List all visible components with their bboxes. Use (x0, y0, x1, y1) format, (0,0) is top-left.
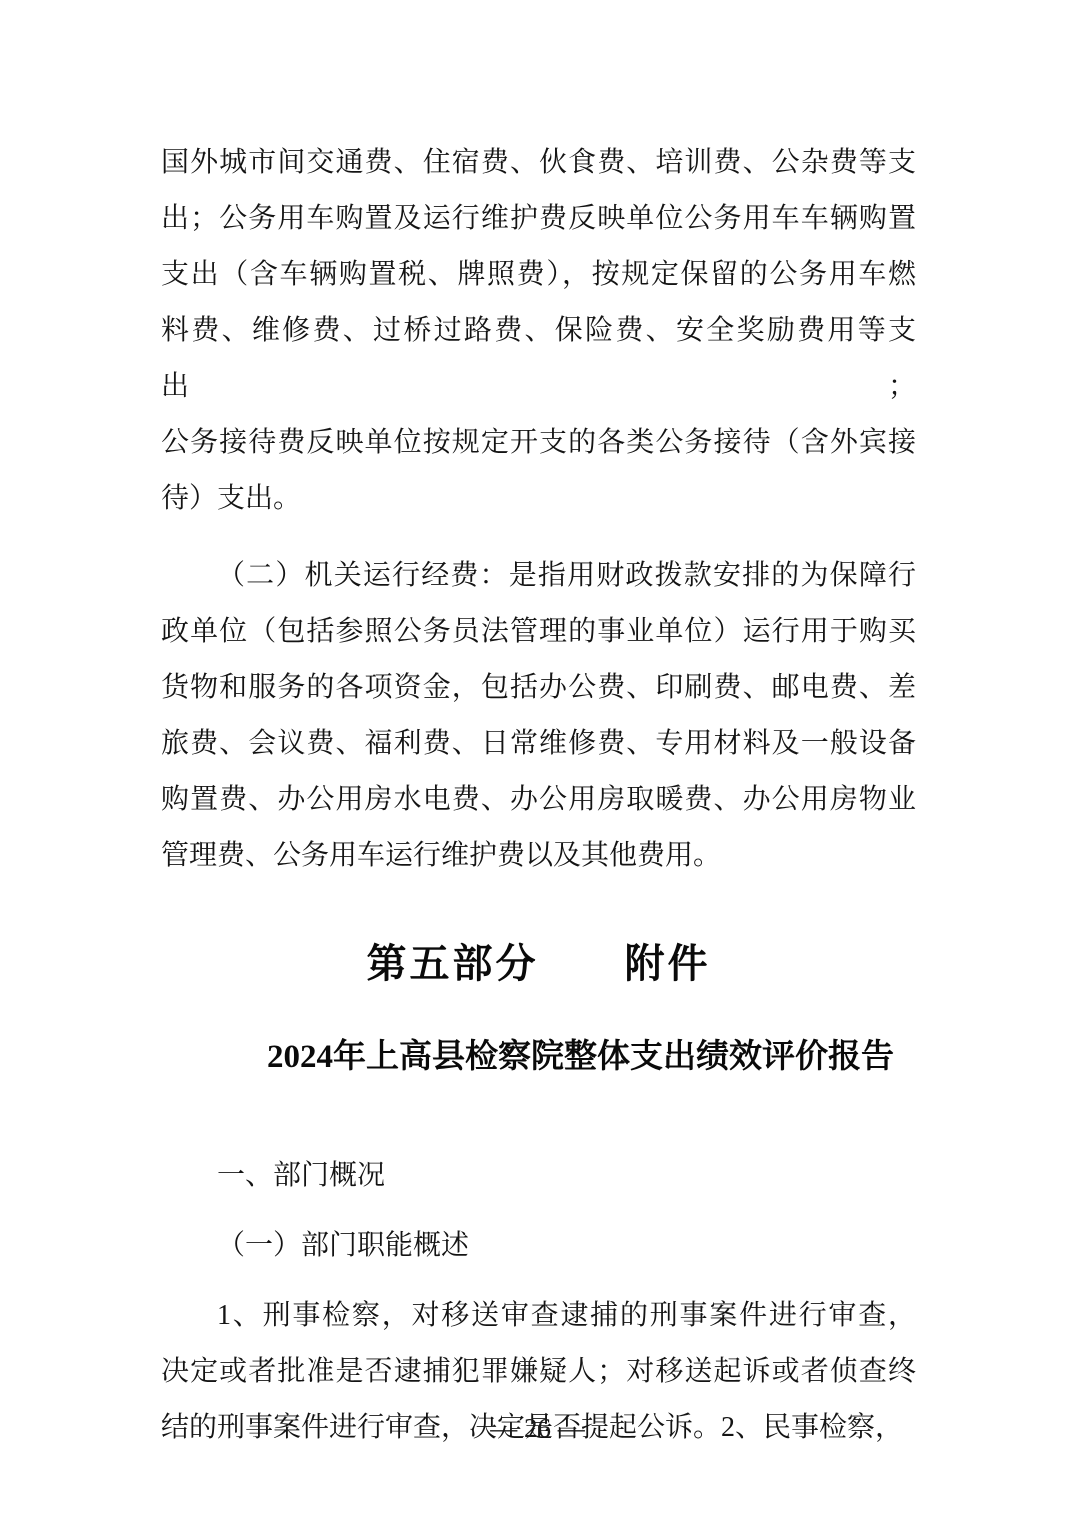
text-line: 支出（含车辆购置税、牌照费），按规定保留的公务用车燃 (161, 247, 916, 303)
part-five-title: 第五部分 附件 (161, 934, 916, 994)
text-line: 货物和服务的各项资金，包括办公费、印刷费、邮电费、差 (161, 660, 916, 716)
report-title: 2024年上高县检察院整体支出绩效评价报告 (203, 1032, 958, 1082)
text-line: 待）支出。 (161, 471, 916, 527)
text-line: 料费、维修费、过桥过路费、保险费、安全奖励费用等支出； (161, 303, 916, 415)
text-line: 管理费、公务用车运行维护费以及其他费用。 (161, 828, 916, 884)
text-line: （二）机关运行经费：是指用财政拨款安排的为保障行 (161, 548, 916, 604)
document-page: 国外城市间交通费、住宿费、伙食费、培训费、公杂费等支出；公务用车购置及运行维护费… (0, 0, 1075, 1520)
page-content: 国外城市间交通费、住宿费、伙食费、培训费、公杂费等支出；公务用车购置及运行维护费… (161, 135, 916, 1456)
text-line: 1、刑事检察，对移送审查逮捕的刑事案件进行审查， (161, 1288, 916, 1344)
page-number: — 26 — (0, 1408, 1075, 1448)
text-line: 政单位（包括参照公务员法管理的事业单位）运行用于购买 (161, 604, 916, 660)
text-line: 决定或者批准是否逮捕犯罪嫌疑人；对移送起诉或者侦查终 (161, 1344, 916, 1400)
paragraph-agency-operating-funds: （二）机关运行经费：是指用财政拨款安排的为保障行政单位（包括参照公务员法管理的事… (161, 548, 916, 884)
text-line: 旅费、会议费、福利费、日常维修费、专用材料及一般设备 (161, 716, 916, 772)
text-line: 购置费、办公用房水电费、办公用房取暖费、办公用房物业 (161, 772, 916, 828)
text-line: 公务接待费反映单位按规定开支的各类公务接待（含外宾接 (161, 415, 916, 471)
section-heading-department-overview: 一、部门概况 (161, 1148, 916, 1204)
paragraph-vehicle-and-reception-expenses: 国外城市间交通费、住宿费、伙食费、培训费、公杂费等支出；公务用车购置及运行维护费… (161, 135, 916, 527)
text-line: 出；公务用车购置及运行维护费反映单位公务用车车辆购置 (161, 191, 916, 247)
subsection-heading-department-functions: （一）部门职能概述 (161, 1218, 916, 1274)
text-line: 国外城市间交通费、住宿费、伙食费、培训费、公杂费等支 (161, 135, 916, 191)
